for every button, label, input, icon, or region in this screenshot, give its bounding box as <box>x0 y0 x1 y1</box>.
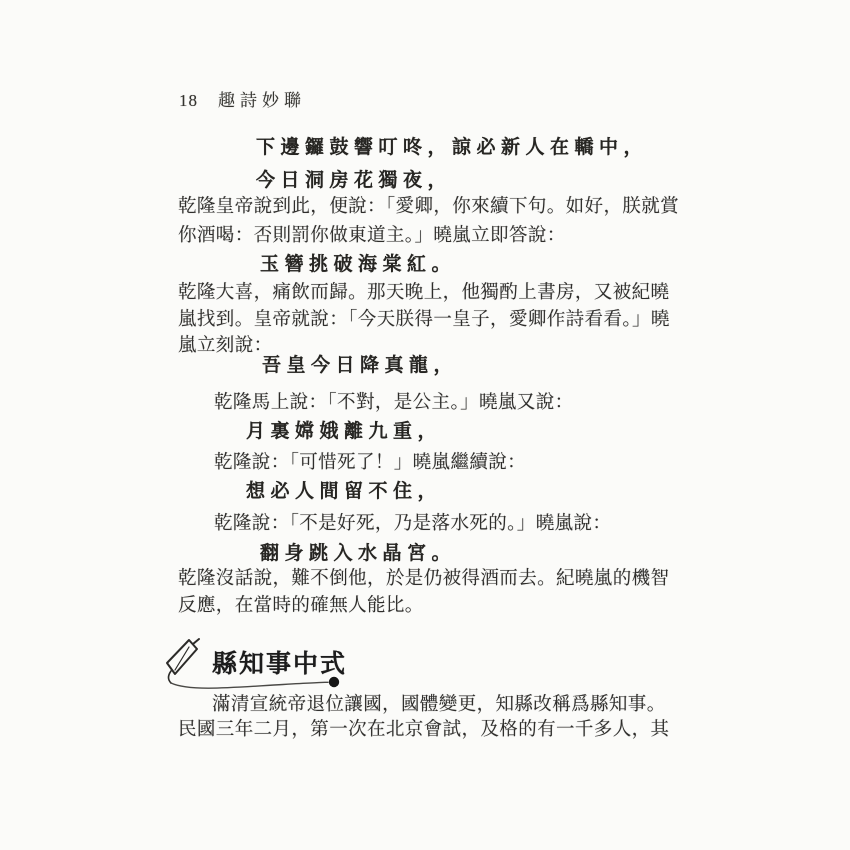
verse-block-opening: 下邊鑼鼓響叮咚，諒必新人在轎中， 今日洞房花獨夜， <box>256 131 648 197</box>
verse-line: 玉簪挑破海棠紅。 <box>260 249 456 276</box>
section-heading: 縣知事中式 <box>212 644 347 680</box>
paragraph-line: 反應，在當時的確無人能比。 <box>178 593 669 620</box>
paragraph-line: 乾隆皇帝說到此，便說：「愛卿，你來續下句。如好，朕就賞 <box>178 193 679 222</box>
dialogue-line: 乾隆說：「可惜死了！」曉嵐繼續說： <box>214 448 526 474</box>
verse-line: 翻身跳入水晶宮。 <box>260 538 456 565</box>
paragraph-line: 乾隆大喜，痛飲而歸。那天晚上，他獨酌上書房，又被紀曉 <box>178 280 670 307</box>
verse-line: 想必人間留不住， <box>246 476 442 503</box>
verse-line: 吾皇今日降真龍， <box>262 350 458 377</box>
paragraph: 乾隆皇帝說到此，便說：「愛卿，你來續下句。如好，朕就賞 你酒喝：否則罰你做東道主… <box>178 193 679 251</box>
paragraph-line: 民國三年二月，第一次在北京會試，及格的有一千多人，其 <box>178 718 669 743</box>
book-page: 18趣詩妙聯 下邊鑼鼓響叮咚，諒必新人在轎中， 今日洞房花獨夜， 乾隆皇帝說到此… <box>0 0 850 850</box>
paragraph-line: 嵐找到。皇帝就說：「今天朕得一皇子，愛卿作詩看看。」曉 <box>178 307 670 334</box>
paragraph: 滿清宣統帝退位讓國，國體變更，知縣改稱爲縣知事。 民國三年二月，第一次在北京會試… <box>178 693 669 743</box>
verse-line: 月裏嫦娥離九重， <box>246 416 442 443</box>
calligraphy-brush-icon <box>167 639 199 683</box>
paragraph-line: 滿清宣統帝退位讓國，國體變更，知縣改稱爲縣知事。 <box>178 693 669 718</box>
page-number: 18 <box>179 91 198 111</box>
page-header: 18趣詩妙聯 <box>179 86 306 111</box>
dialogue-line: 乾隆說：「不是好死，乃是落水死的。」曉嵐說： <box>214 509 611 535</box>
paragraph-line: 你酒喝：否則罰你做東道主。」曉嵐立即答說： <box>178 222 679 251</box>
dialogue-line: 乾隆馬上說：「不對，是公主。」曉嵐又說： <box>214 388 574 414</box>
verse-line: 下邊鑼鼓響叮咚，諒必新人在轎中， <box>256 131 648 164</box>
paragraph: 乾隆大喜，痛飲而歸。那天晚上，他獨酌上書房，又被紀曉 嵐找到。皇帝就說：「今天朕… <box>178 280 670 360</box>
paragraph-line: 乾隆沒話說，難不倒他，於是仍被得酒而去。紀曉嵐的機智 <box>178 566 669 593</box>
heading-underline <box>171 682 328 688</box>
book-title: 趣詩妙聯 <box>218 91 306 110</box>
paragraph: 乾隆沒話說，難不倒他，於是仍被得酒而去。紀曉嵐的機智 反應，在當時的確無人能比。 <box>178 566 669 620</box>
